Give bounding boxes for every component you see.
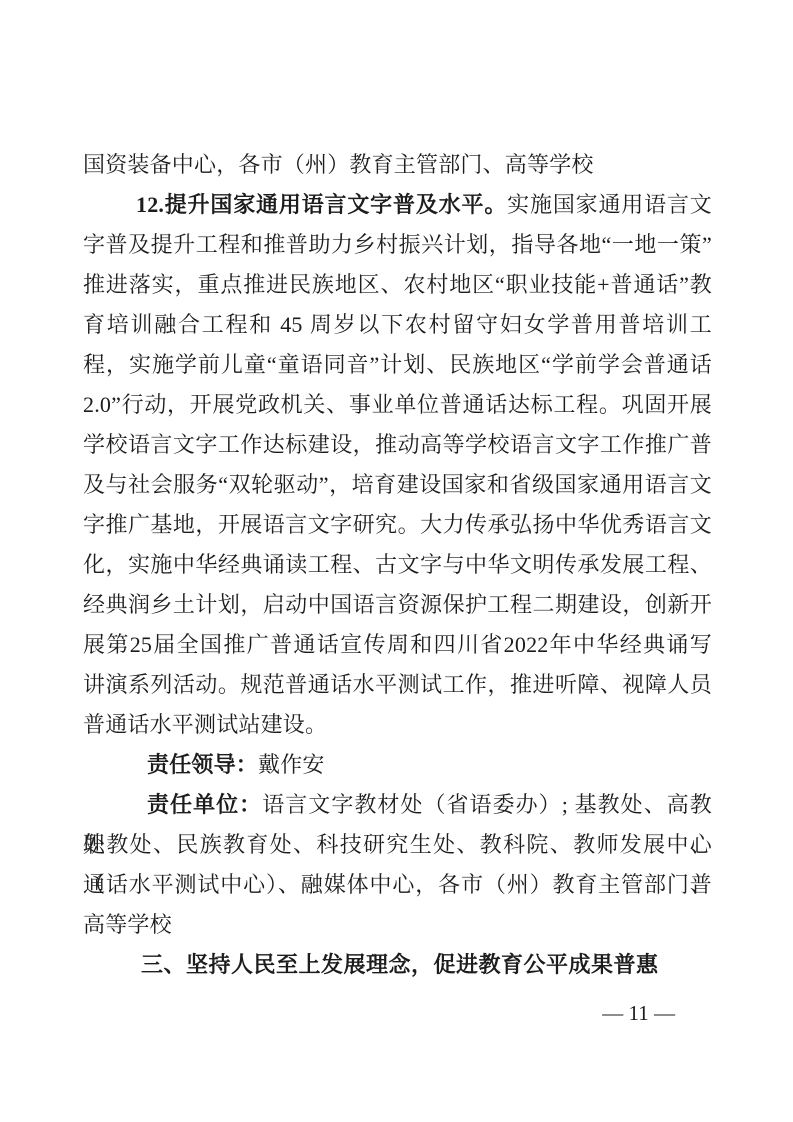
text-segment: 经典润乡土计划，启动中国语言资源保护工程二期建设，创新开 (83, 592, 712, 617)
para-12-last-line: 普通话水平测试站建设。 (83, 705, 712, 745)
responsible-unit-line: 职教处、民族教育处、科技研究生处、教科院、教师发展中心（普 (83, 825, 712, 865)
text-segment: 普通话水平测试站建设。 (83, 712, 327, 737)
para-12-line: 学校语言文字工作达标建设，推动高等学校语言文字工作推广普 (83, 425, 712, 465)
continuation-line: 国资装备中心，各市（州）教育主管部门、高等学校 (83, 145, 712, 185)
para-12-line: 讲演系列活动。规范普通话水平测试工作，推进听障、视障人员 (83, 665, 712, 705)
text-segment: 讲演系列活动。规范普通话水平测试工作，推进听障、视障人员 (83, 672, 712, 697)
responsible-leader-line: 责任领导：戴作安 (83, 745, 712, 785)
text-segment: 2.0”行动，开展党政机关、事业单位普通话达标工程。巩固开展 (83, 392, 712, 417)
text-segment: 国资装备中心，各市（州）教育主管部门、高等学校 (83, 152, 594, 177)
para-12-line: 字普及提升工程和推普助力乡村振兴计划，指导各地“一地一策” (83, 225, 712, 265)
responsible-unit-last-line: 高等学校 (83, 905, 712, 945)
text-segment: 责任单位： (147, 792, 262, 817)
responsible-unit-line: 通话水平测试中心）、融媒体中心，各市（州）教育主管部门、 (83, 865, 712, 905)
text-segment: 12.提升国家通用语言文字普及水平。 (136, 192, 507, 217)
page-number: — 11 — (602, 1002, 675, 1024)
text-segment: 化，实施中华经典诵读工程、古文字与中华文明传承发展工程、 (83, 552, 712, 577)
text-segment: 学校语言文字工作达标建设，推动高等学校语言文字工作推广普 (83, 432, 712, 457)
text-segment: 字普及提升工程和推普助力乡村振兴计划，指导各地“一地一策” (83, 232, 712, 257)
para-12-first-line: 12.提升国家通用语言文字普及水平。实施国家通用语言文 (83, 185, 712, 225)
text-segment: 三、坚持人民至上发展理念，促进教育公平成果普惠 (141, 952, 659, 977)
para-12-line: 字推广基地，开展语言文字研究。大力传承弘扬中华优秀语言文 (83, 505, 712, 545)
text-segment: 责任领导： (147, 752, 258, 777)
para-12-line: 及与社会服务“双轮驱动”，培育建设国家和省级国家通用语言文 (83, 465, 712, 505)
para-12-line: 推进落实，重点推进民族地区、农村地区“职业技能+普通话”教 (83, 265, 712, 305)
section-heading: 三、坚持人民至上发展理念，促进教育公平成果普惠 (83, 945, 712, 985)
para-12-line: 2.0”行动，开展党政机关、事业单位普通话达标工程。巩固开展 (83, 385, 712, 425)
para-12-line: 化，实施中华经典诵读工程、古文字与中华文明传承发展工程、 (83, 545, 712, 585)
text-segment: 实施国家通用语言文 (507, 192, 712, 217)
document-page: 国资装备中心，各市（州）教育主管部门、高等学校12.提升国家通用语言文字普及水平… (0, 0, 793, 1122)
text-segment: 育培训融合工程和 45 周岁以下农村留守妇女学普用普培训工 (83, 312, 712, 337)
para-12-line: 经典润乡土计划，启动中国语言资源保护工程二期建设，创新开 (83, 585, 712, 625)
text-segment: 高等学校 (83, 912, 172, 937)
text-segment: 及与社会服务“双轮驱动”，培育建设国家和省级国家通用语言文 (83, 472, 712, 497)
text-segment: 程，实施学前儿童“童语同音”计划、民族地区“学前学会普通话 (83, 352, 712, 377)
para-12-line: 展第25届全国推广普通话宣传周和四川省2022年中华经典诵写 (83, 625, 712, 665)
text-segment: 戴作安 (258, 752, 325, 777)
text-segment: 展第25届全国推广普通话宣传周和四川省2022年中华经典诵写 (83, 632, 712, 657)
text-segment: 通话水平测试中心）、融媒体中心，各市（州）教育主管部门、 (83, 872, 712, 897)
responsible-unit-line: 责任单位：语言文字教材处（省语委办）; 基教处、高教处、 (83, 785, 712, 825)
para-12-line: 程，实施学前儿童“童语同音”计划、民族地区“学前学会普通话 (83, 345, 712, 385)
text-segment: 字推广基地，开展语言文字研究。大力传承弘扬中华优秀语言文 (83, 512, 712, 537)
para-12-line: 育培训融合工程和 45 周岁以下农村留守妇女学普用普培训工 (83, 305, 712, 345)
text-segment: 推进落实，重点推进民族地区、农村地区“职业技能+普通话”教 (83, 272, 712, 297)
document-body: 国资装备中心，各市（州）教育主管部门、高等学校12.提升国家通用语言文字普及水平… (83, 145, 712, 985)
